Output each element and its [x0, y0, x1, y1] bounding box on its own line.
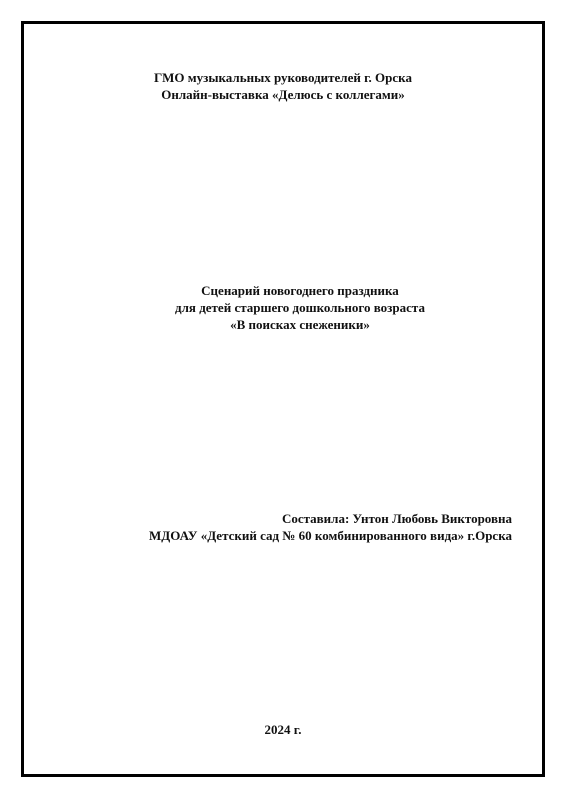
title-line-1: Сценарий новогоднего праздника — [34, 282, 566, 299]
title-line-3: «В поисках снеженики» — [34, 316, 566, 333]
author-block: Составила: Унтон Любовь Викторовна МДОАУ… — [149, 510, 512, 544]
page-border-frame — [21, 21, 545, 777]
header-block: ГМО музыкальных руководителей г. Орска О… — [0, 69, 566, 103]
organization-line: ГМО музыкальных руководителей г. Орска — [0, 69, 566, 86]
year-text: 2024 г. — [0, 721, 566, 738]
exhibition-line: Онлайн-выставка «Делюсь с коллегами» — [0, 86, 566, 103]
document-title: Сценарий новогоднего праздника для детей… — [34, 282, 566, 333]
compiled-by-line: Составила: Унтон Любовь Викторовна — [149, 510, 512, 527]
institution-line: МДОАУ «Детский сад № 60 комбинированного… — [149, 527, 512, 544]
title-line-2: для детей старшего дошкольного возраста — [34, 299, 566, 316]
year-footer: 2024 г. — [0, 721, 566, 738]
